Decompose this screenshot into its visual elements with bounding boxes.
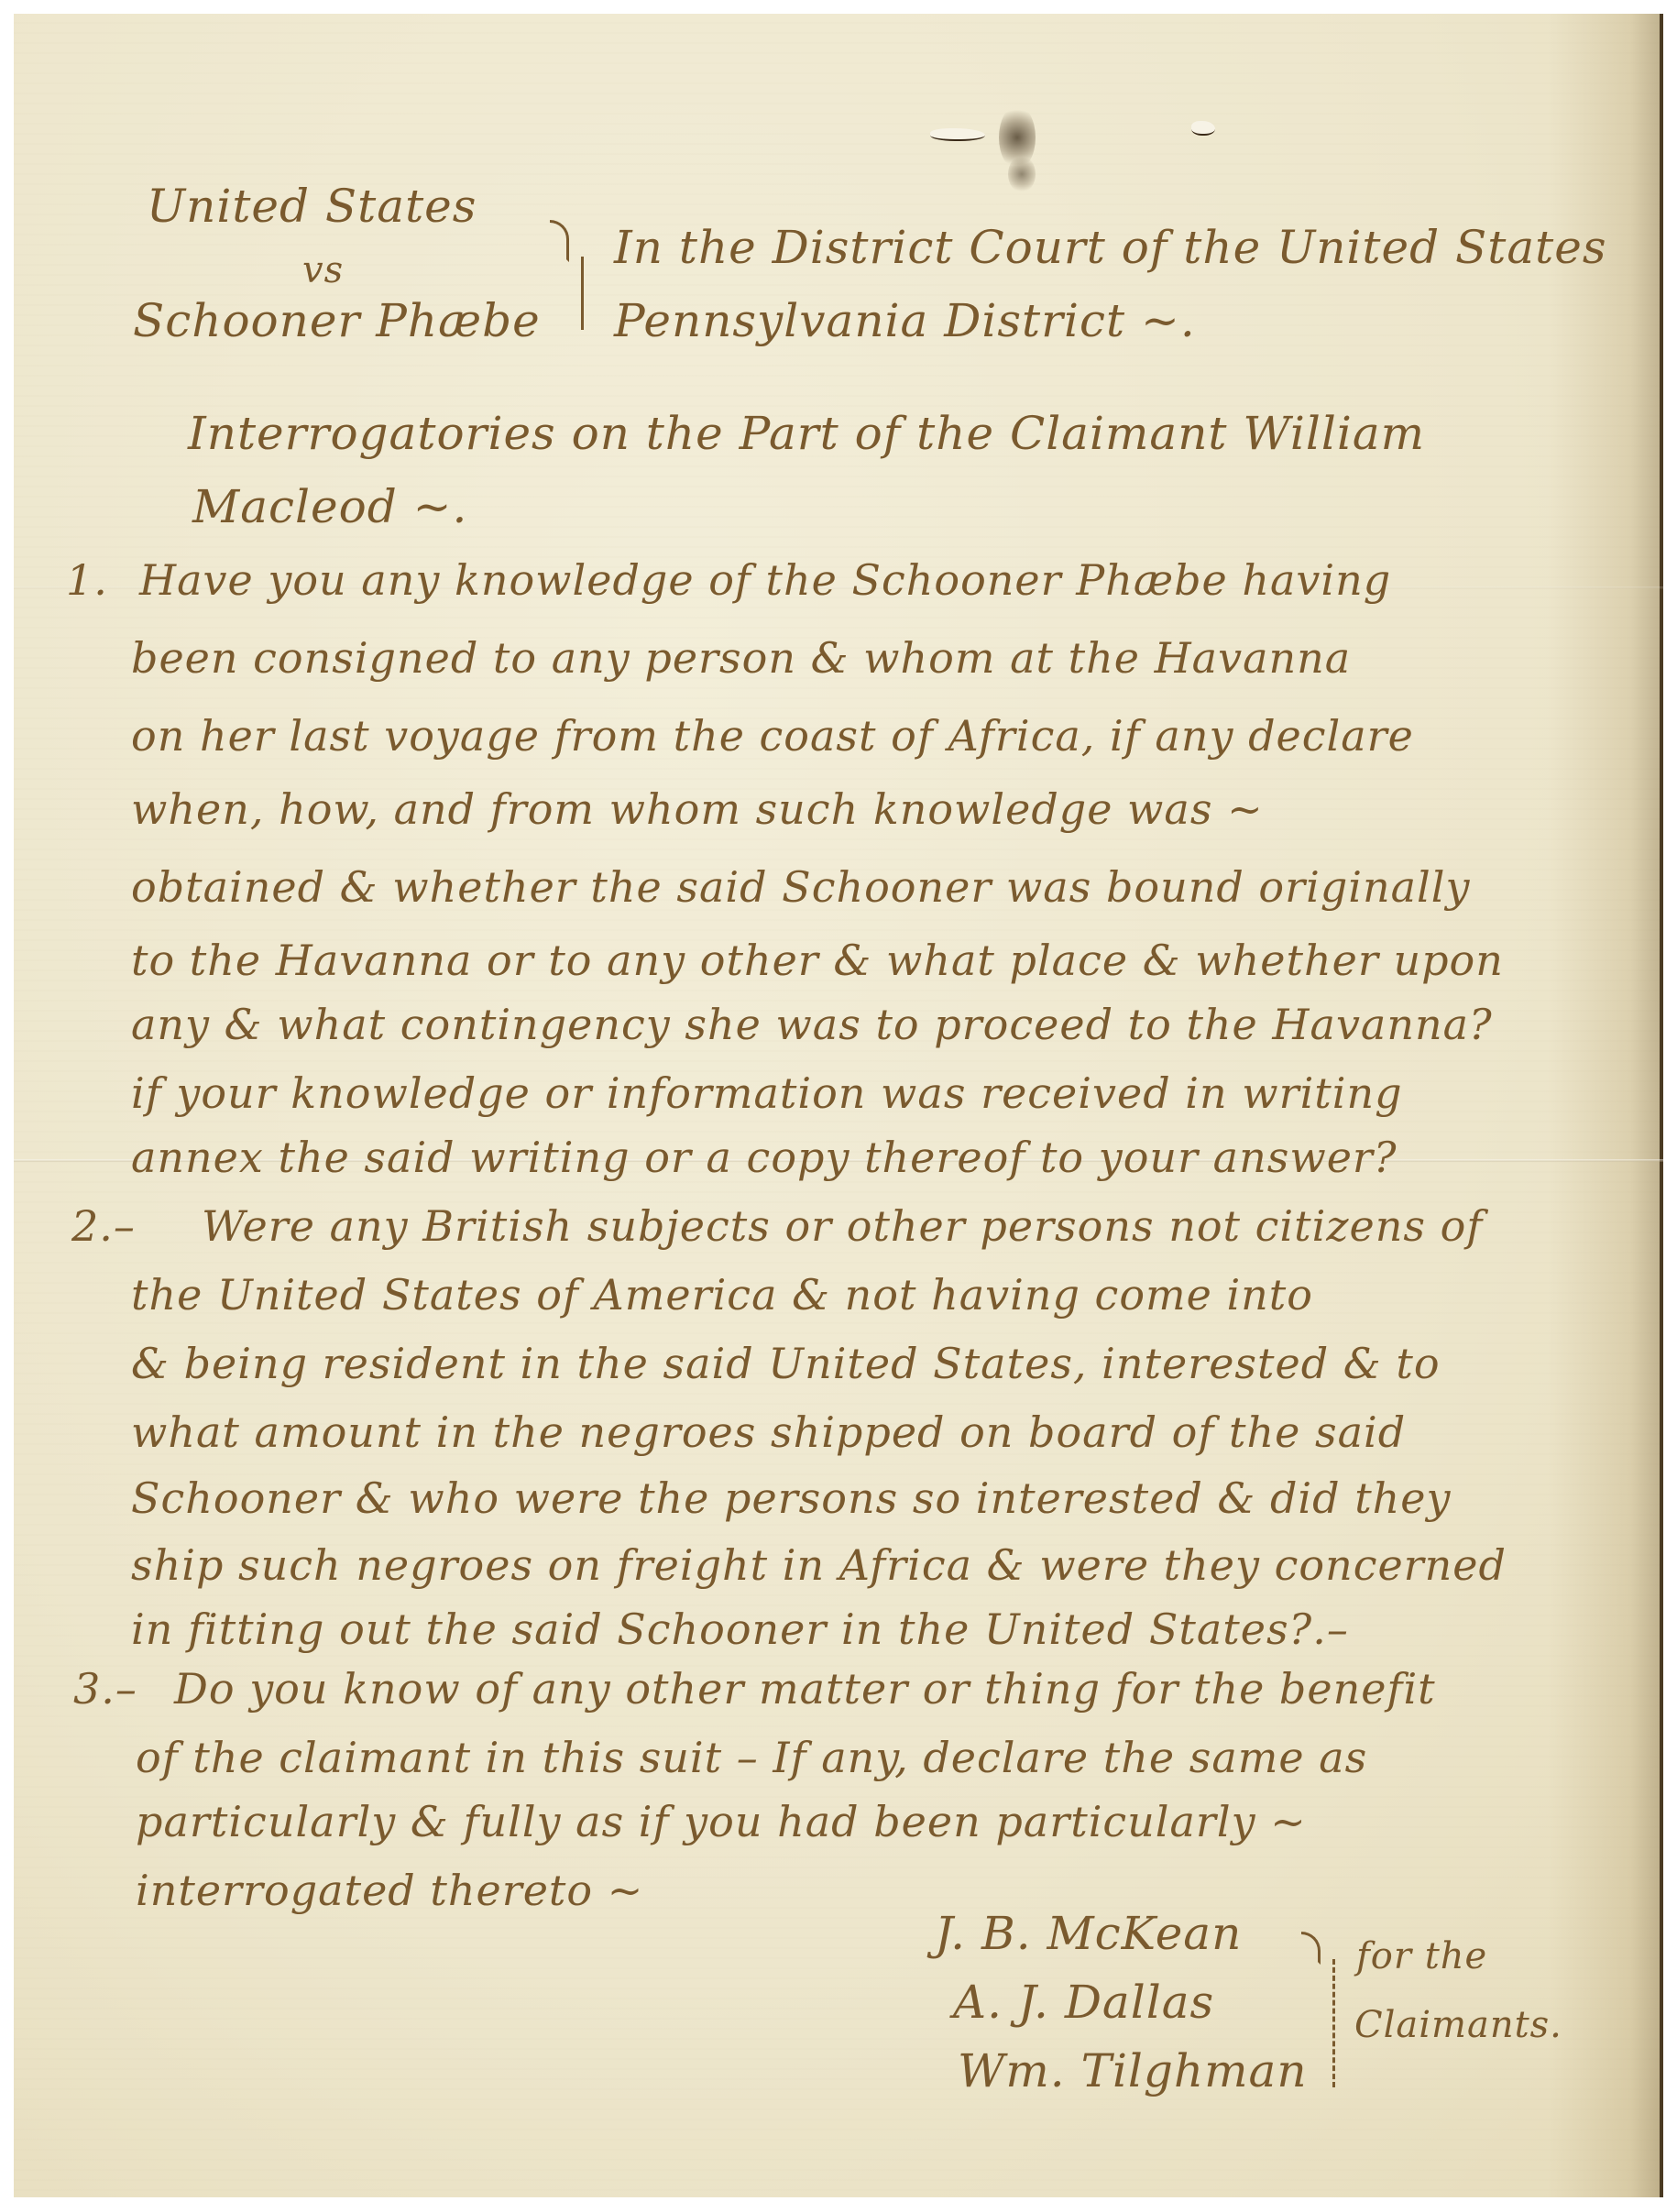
interrogatory-2-line: what amount in the negroes shipped on bo… xyxy=(131,1411,1406,1453)
interrogatory-1-line: annex the said writing or a copy thereof… xyxy=(131,1136,1397,1178)
paper-tear xyxy=(930,128,985,141)
interrogatory-2-number: 2.– xyxy=(71,1205,136,1247)
interrogatory-3-number: 3.– xyxy=(73,1668,137,1710)
interrogatory-1-line: if your knowledge or information was rec… xyxy=(131,1072,1403,1114)
interrogatory-2-line: Schooner & who were the persons so inter… xyxy=(131,1477,1452,1519)
interrogatory-3-line: of the claimant in this suit – If any, d… xyxy=(136,1736,1367,1779)
interrogatory-1-line: been consigned to any person & whom at t… xyxy=(131,637,1351,679)
caption-versus: vs xyxy=(302,252,344,289)
signature-brace-stem xyxy=(1332,1959,1335,2087)
caption-brace-stem xyxy=(581,257,584,330)
signatory-dallas: A. J. Dallas xyxy=(953,1979,1214,2025)
signatory-tilghman: Wm. Tilghman xyxy=(958,2048,1308,2094)
interrogatory-2-line: Were any British subjects or other perso… xyxy=(202,1205,1483,1247)
signature-note-line-1: for the xyxy=(1356,1938,1487,1975)
interrogatory-1-line: any & what contingency she was to procee… xyxy=(131,1003,1493,1046)
interrogatory-3-line: particularly & fully as if you had been … xyxy=(136,1801,1307,1843)
heading-line-2: Macleod ~. xyxy=(192,484,467,530)
interrogatory-1-line: to the Havanna or to any other & what pl… xyxy=(131,939,1504,981)
heading-line-1: Interrogatories on the Part of the Claim… xyxy=(188,411,1425,456)
court-name-line-2: Pennsylvania District ~. xyxy=(614,298,1196,344)
signatory-mckean: J. B. McKean xyxy=(935,1911,1242,1956)
signature-note-line-2: Claimants. xyxy=(1354,2007,1562,2043)
interrogatory-1-line: obtained & whether the said Schooner was… xyxy=(131,866,1470,908)
interrogatory-2-line: ship such negroes on freight in Africa &… xyxy=(131,1544,1507,1586)
interrogatory-3-line: interrogated thereto ~ xyxy=(136,1869,643,1911)
interrogatory-2-line: in fitting out the said Schooner in the … xyxy=(131,1608,1349,1650)
interrogatory-1-line: Have you any knowledge of the Schooner P… xyxy=(139,559,1391,601)
interrogatory-1-number: 1. xyxy=(66,559,108,601)
ink-stain xyxy=(1008,156,1036,192)
interrogatory-2-line: the United States of America & not havin… xyxy=(131,1274,1313,1316)
interrogatory-1-line: when, how, and from whom such knowledge … xyxy=(131,788,1264,830)
caption-defendant: Schooner Phæbe xyxy=(133,298,541,344)
caption-plaintiff: United States xyxy=(147,183,477,229)
interrogatory-1-line: on her last voyage from the coast of Afr… xyxy=(131,715,1414,757)
interrogatory-3-line: Do you know of any other matter or thing… xyxy=(174,1668,1436,1710)
interrogatory-2-line: & being resident in the said United Stat… xyxy=(131,1342,1441,1385)
court-name-line-1: In the District Court of the United Stat… xyxy=(614,224,1606,270)
paper-tear xyxy=(1191,121,1215,136)
